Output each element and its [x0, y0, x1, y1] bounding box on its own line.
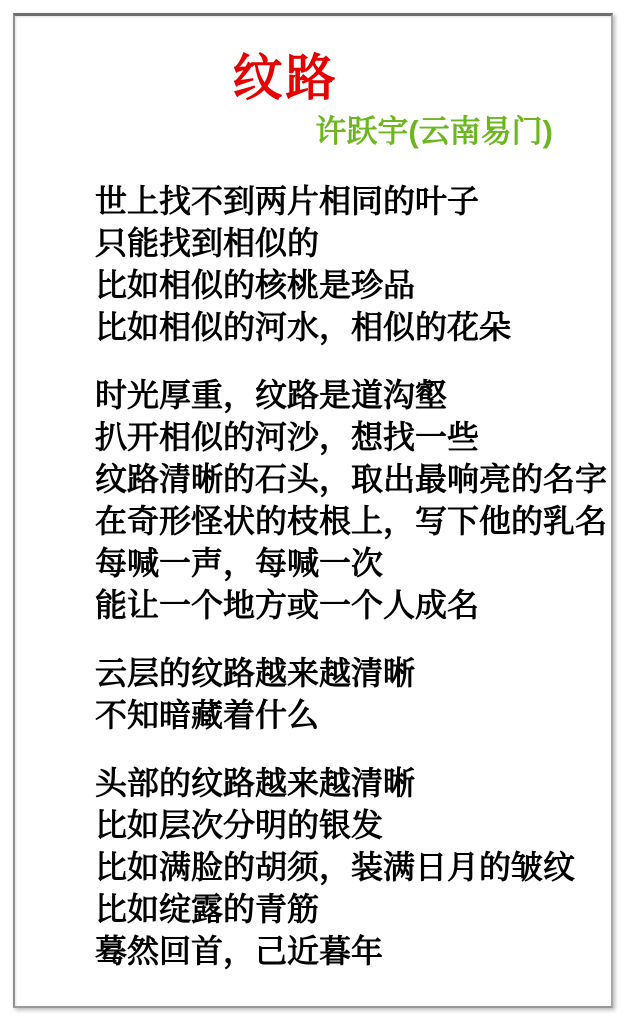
poem-line: 扒开相似的河沙，想找一些	[95, 416, 605, 458]
poem-line: 只能找到相似的	[95, 222, 605, 264]
poem-stanza: 云层的纹路越来越清晰不知暗藏着什么	[95, 652, 605, 736]
poem-line: 不知暗藏着什么	[95, 694, 605, 736]
poem-line: 每喊一声，每喊一次	[95, 542, 605, 584]
poem-line: 比如相似的河水，相似的花朵	[95, 306, 605, 348]
poem-title: 纹路	[15, 50, 611, 106]
poem-line: 比如相似的核桃是珍品	[95, 264, 605, 306]
poem-line: 在奇形怪状的枝根上，写下他的乳名	[95, 500, 605, 542]
poem-line: 比如绽露的青筋	[95, 888, 605, 930]
poem-line: 能让一个地方或一个人成名	[95, 584, 605, 626]
poem-line: 比如层次分明的银发	[95, 804, 605, 846]
poem-line: 蓦然回首，己近暮年	[95, 930, 605, 972]
poem-line: 头部的纹路越来越清晰	[95, 762, 605, 804]
poem-stanza: 时光厚重，纹路是道沟壑扒开相似的河沙，想找一些纹路清晰的石头，取出最响亮的名字在…	[95, 374, 605, 626]
poem-body: 世上找不到两片相同的叶子只能找到相似的比如相似的核桃是珍品比如相似的河水，相似的…	[15, 180, 611, 972]
poem-author: 许跃宇(云南易门)	[15, 114, 611, 150]
poem-line: 纹路清晰的石头，取出最响亮的名字	[95, 458, 605, 500]
poem-line: 云层的纹路越来越清晰	[95, 652, 605, 694]
poem-stanza: 世上找不到两片相同的叶子只能找到相似的比如相似的核桃是珍品比如相似的河水，相似的…	[95, 180, 605, 348]
poem-line: 世上找不到两片相同的叶子	[95, 180, 605, 222]
poem-line: 比如满脸的胡须，装满日月的皱纹	[95, 846, 605, 888]
page-background: 纹路 许跃宇(云南易门) 世上找不到两片相同的叶子只能找到相似的比如相似的核桃是…	[0, 0, 627, 1026]
poem-line: 时光厚重，纹路是道沟壑	[95, 374, 605, 416]
poem-card: 纹路 许跃宇(云南易门) 世上找不到两片相同的叶子只能找到相似的比如相似的核桃是…	[13, 13, 613, 1008]
poem-stanza: 头部的纹路越来越清晰比如层次分明的银发比如满脸的胡须，装满日月的皱纹比如绽露的青…	[95, 762, 605, 972]
